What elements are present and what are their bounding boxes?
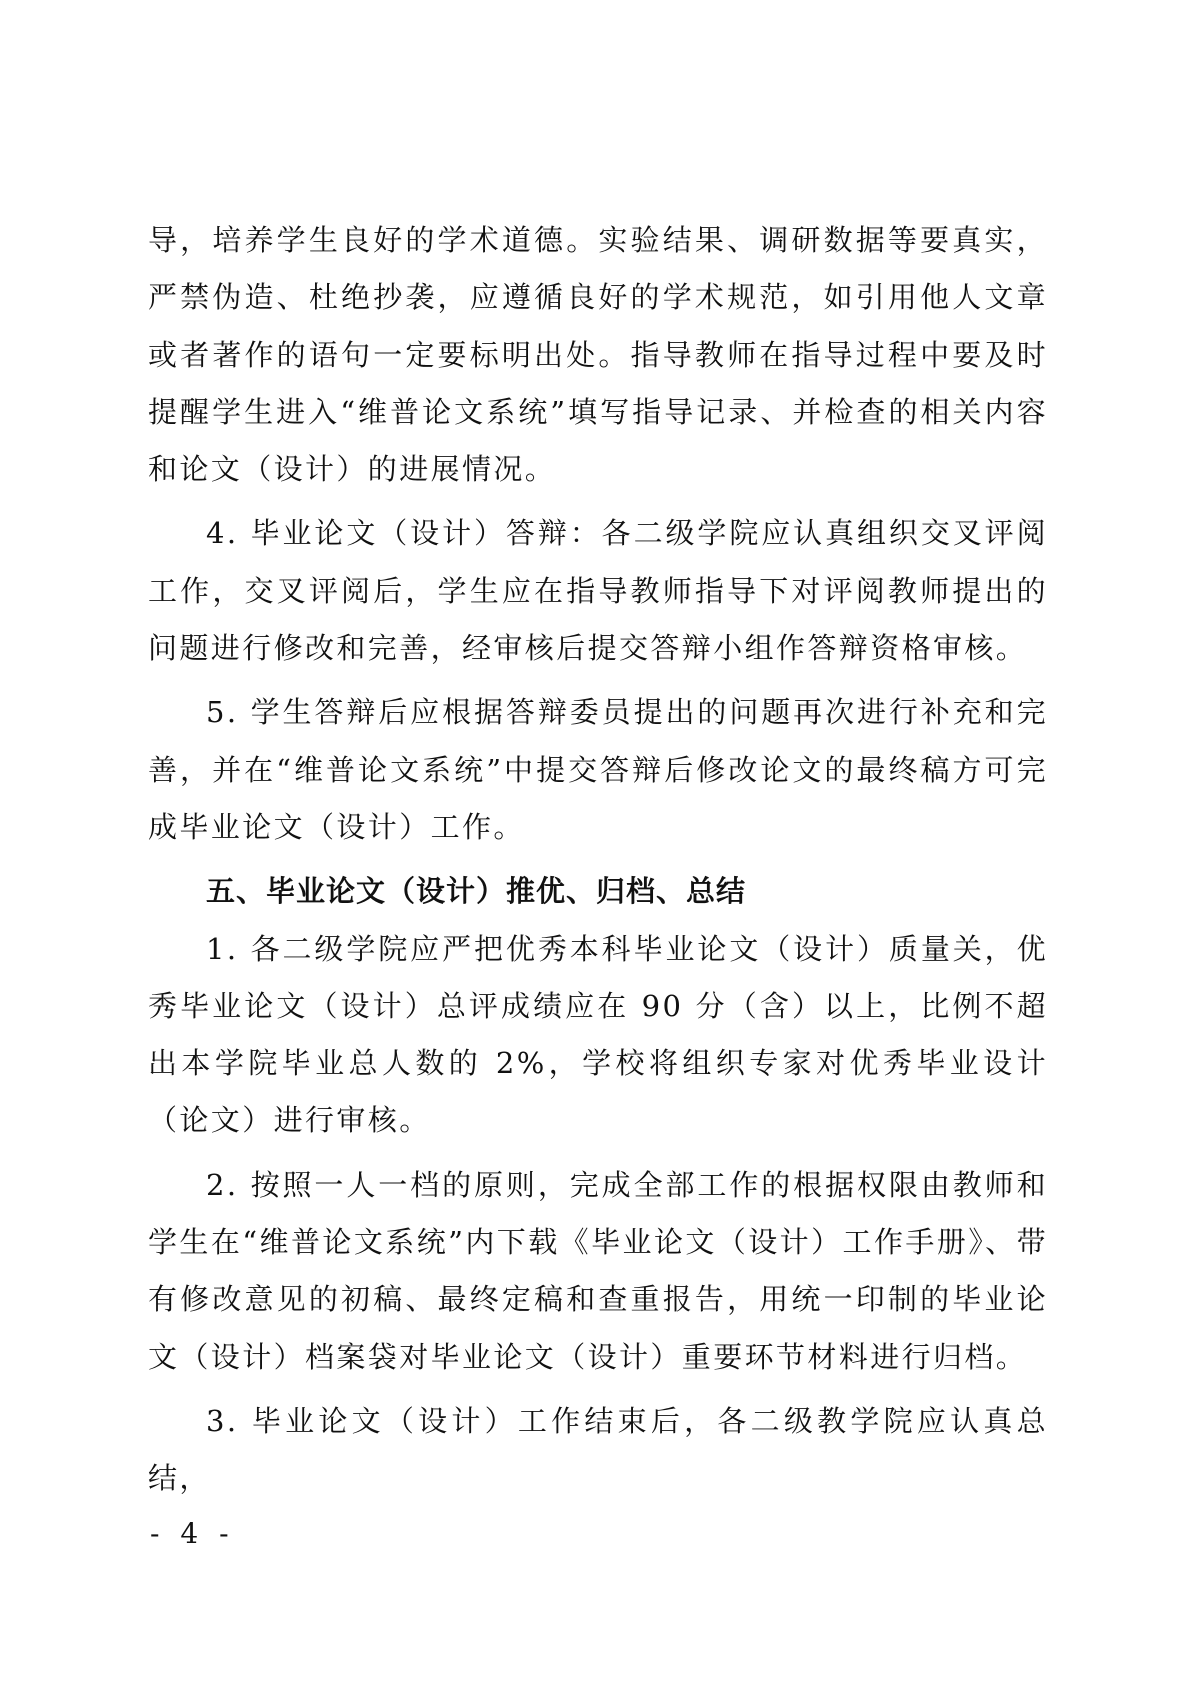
paragraph-s5-item-1-excellence: 1. 各二级学院应严把优秀本科毕业论文（设计）质量关，优秀毕业论文（设计）总评成… bbox=[148, 921, 1048, 1150]
paragraph-item-4-defense: 4. 毕业论文（设计）答辩：各二级学院应认真组织交叉评阅工作，交叉评阅后，学生应… bbox=[148, 505, 1048, 677]
page-number: - 4 - bbox=[150, 1517, 235, 1551]
paragraph-s5-item-3-summary: 3. 毕业论文（设计）工作结束后，各二级教学院应认真总结， bbox=[148, 1393, 1048, 1508]
section-heading-5: 五、毕业论文（设计）推优、归档、总结 bbox=[148, 863, 1048, 920]
document-body: 导，培养学生良好的学术道德。实验结果、调研数据等要真实，严禁伪造、杜绝抄袭，应遵… bbox=[148, 212, 1048, 1508]
paragraph-s5-item-2-archive: 2. 按照一人一档的原则，完成全部工作的根据权限由教师和学生在“维普论文系统”内… bbox=[148, 1157, 1048, 1386]
document-page: 导，培养学生良好的学术道德。实验结果、调研数据等要真实，严禁伪造、杜绝抄袭，应遵… bbox=[0, 0, 1191, 1684]
paragraph-item-5-final-draft: 5. 学生答辩后应根据答辩委员提出的问题再次进行补充和完善，并在“维普论文系统”… bbox=[148, 684, 1048, 856]
paragraph-continuation: 导，培养学生良好的学术道德。实验结果、调研数据等要真实，严禁伪造、杜绝抄袭，应遵… bbox=[148, 212, 1048, 498]
